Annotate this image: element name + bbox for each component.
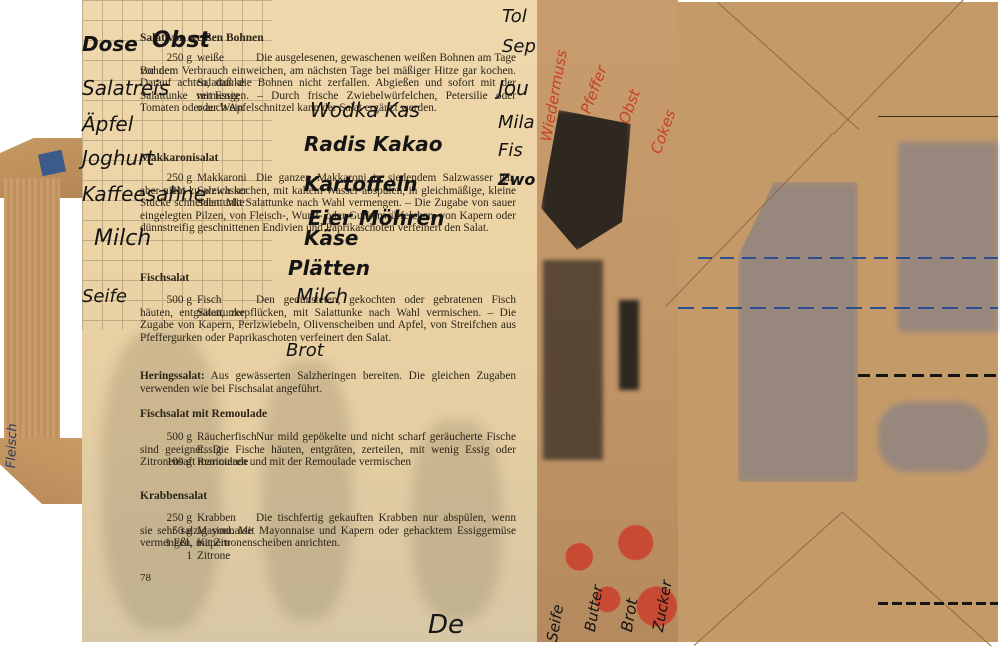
- recipe-title: Fischsalat: [140, 272, 189, 284]
- recipe-heringssalat: Heringssalat: Aus gewässerten Salzhering…: [140, 370, 516, 395]
- handwriting-left: Dose: [82, 32, 138, 56]
- red-handwriting: Obst: [615, 87, 644, 126]
- red-handwriting: Cokes: [647, 107, 679, 156]
- bag-handle: Fleisch: [0, 138, 84, 504]
- shopping-list-item: Käse: [304, 226, 358, 250]
- handwriting-left: Seife: [82, 286, 127, 307]
- handwriting-right: Jou: [498, 76, 529, 100]
- blue-handwriting-line: [678, 307, 998, 309]
- paper-bag: [678, 2, 998, 642]
- cookbook-page: Salat von weißen Bohnen 250 gweiße Bohne…: [82, 0, 538, 642]
- ink-print: [619, 300, 639, 390]
- black-handwriting-line: [858, 374, 998, 377]
- fold-line: [694, 511, 843, 646]
- ink-print: [543, 260, 603, 460]
- shopping-list-item: Brot: [286, 340, 324, 361]
- blue-handwriting-line: [698, 257, 998, 259]
- handwriting-right: Zwo: [498, 170, 535, 189]
- handwriting-right: Mila: [498, 112, 535, 133]
- handwriting-left: Joghurt: [82, 146, 154, 170]
- shopping-list-item: Wodka Kas: [310, 98, 420, 122]
- shopping-list-item: Milch: [296, 284, 348, 308]
- recipe-title: Heringssalat:: [140, 370, 205, 382]
- fold-line: [833, 0, 987, 135]
- handwriting-right: Tol: [502, 6, 527, 27]
- shopping-list-item: Plätten: [288, 256, 370, 280]
- ink-line: [878, 116, 998, 117]
- handwriting-right: Fis: [498, 140, 523, 161]
- fold-line: [842, 512, 991, 647]
- shopping-list-item: Radis Kakao: [304, 132, 442, 156]
- handwriting-left: Milch: [94, 226, 151, 251]
- blue-print-area: [898, 142, 998, 332]
- page-number: 78: [140, 572, 151, 584]
- signature: De: [428, 610, 464, 640]
- handwriting-left: Kaffeesahne: [82, 182, 206, 206]
- handwriting-right: Sep: [502, 36, 536, 57]
- handwriting-left: Salatreis: [82, 76, 169, 100]
- stain: [262, 360, 352, 620]
- handwriting-left: Obst: [152, 28, 210, 53]
- recipe-text: Die tischfertig gekauften Krabben nur ab…: [140, 512, 516, 550]
- red-handwriting: Pfeffer: [577, 63, 611, 116]
- handle-handwriting: Fleisch: [4, 408, 21, 468]
- blue-print-area: [878, 402, 988, 472]
- kraft-strip: Wiedermuss Pfeffer Obst Cokes Seife Butt…: [537, 0, 678, 642]
- shopping-list-item: Kartoffeln: [304, 172, 417, 196]
- black-handwriting-line: [878, 602, 998, 605]
- recipe-title: Krabbensalat: [140, 490, 207, 502]
- handwriting-left: Äpfel: [82, 112, 133, 136]
- recipe-title: Fischsalat mit Remoulade: [140, 408, 267, 420]
- recipe-text: Nur mild gepökelte und nicht scharf gerä…: [140, 431, 516, 469]
- fold-line: [717, 2, 859, 130]
